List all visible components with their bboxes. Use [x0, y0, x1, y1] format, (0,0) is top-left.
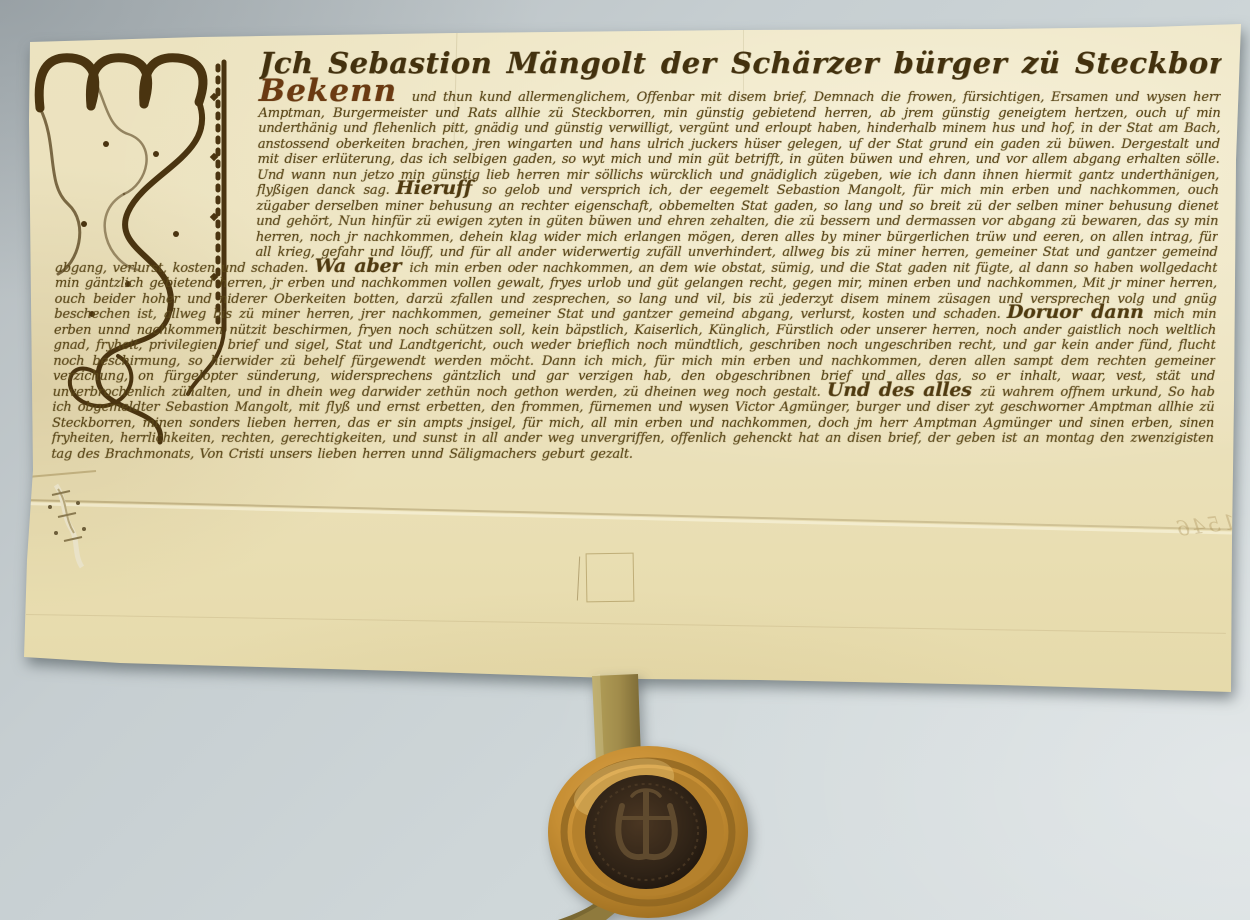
manuscript-capital: Hieruff: [396, 177, 483, 199]
initial-reserved-space: [56, 40, 260, 252]
manuscript-capital: Und des alles: [827, 379, 981, 401]
stitch-repair: [18, 455, 108, 585]
seal-tag-slit-mark: [586, 553, 635, 603]
lower-fold-line: [26, 614, 1226, 634]
wax-seal: [520, 660, 790, 920]
manuscript-capital: Bekenn: [259, 73, 413, 109]
manuscript-capital: Wa aber: [314, 255, 410, 277]
manuscript-text-block: Jch Sebastion Mängolt der Schärzer bürge…: [50, 40, 1222, 522]
photo-background: Jch Sebastion Mängolt der Schärzer bürge…: [0, 0, 1250, 920]
manuscript-capital: Doruor dann: [1007, 301, 1154, 323]
